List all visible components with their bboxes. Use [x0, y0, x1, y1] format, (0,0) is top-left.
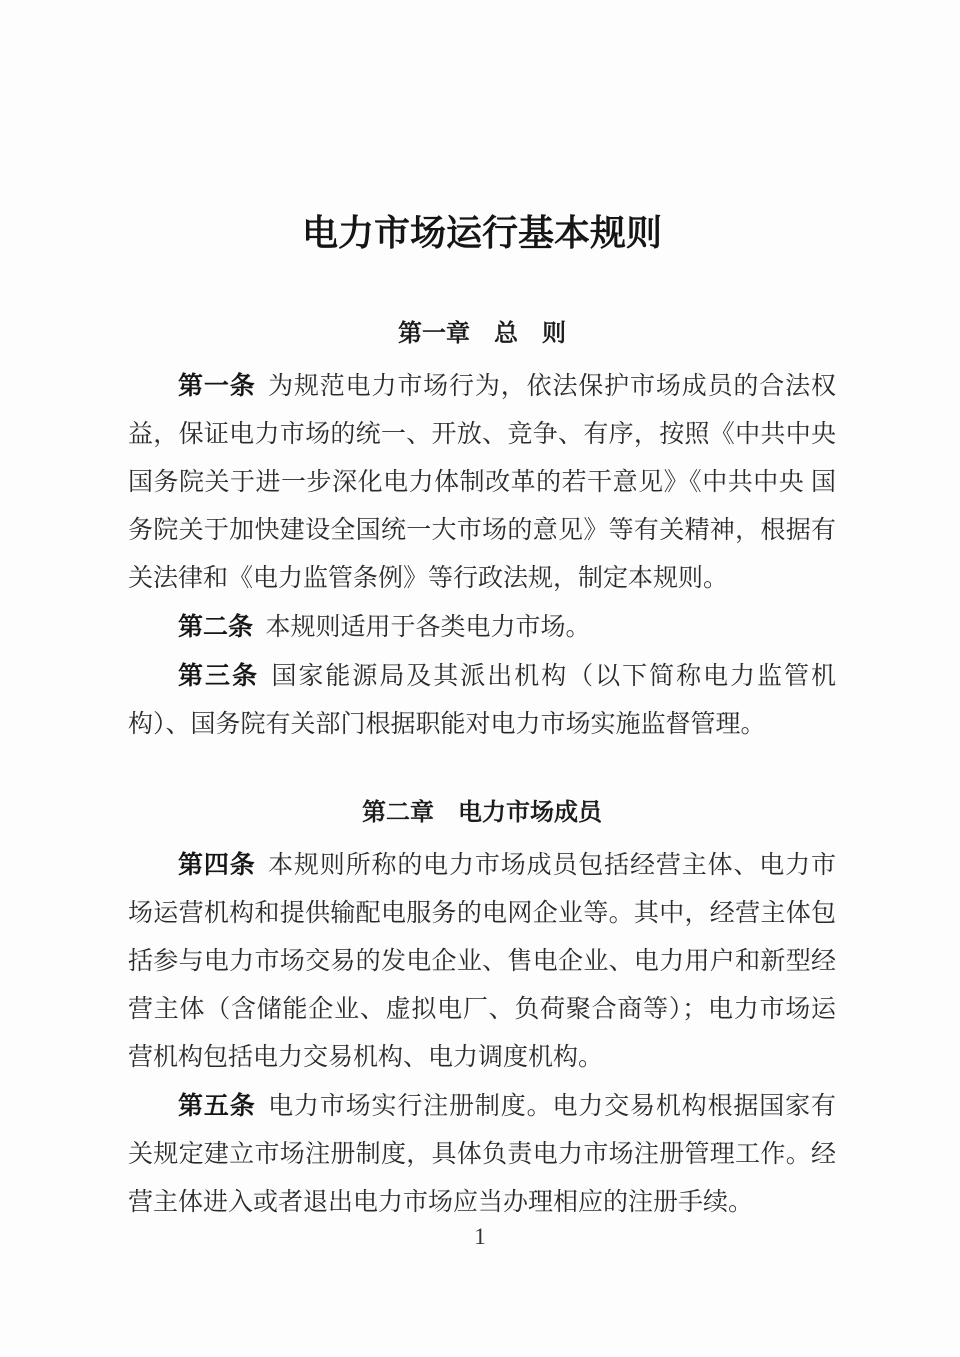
page-number: 1 [0, 1222, 960, 1252]
chapter-2-number: 第二章 [362, 799, 434, 826]
chapter-1-name: 总 则 [494, 320, 566, 347]
article-5-paragraph: 第五条电力市场实行注册制度。电力交易机构根据国家有关规定建立市场注册制度，具体负… [128, 1082, 836, 1227]
chapter-2: 第二章电力市场成员 第四条本规则所称的电力市场成员包括经营主体、电力市场运营机构… [128, 797, 836, 1227]
chapter-1-heading: 第一章总 则 [128, 318, 836, 350]
document-page: 电力市场运行基本规则 第一章总 则 第一条为规范电力市场行为，依法保护市场成员的… [128, 0, 836, 1227]
chapter-2-heading: 第二章电力市场成员 [128, 797, 836, 829]
article-4-label: 第四条 [178, 851, 256, 879]
article-4-text: 本规则所称的电力市场成员包括经营主体、电力市场运营机构和提供输配电服务的电网企业… [128, 852, 836, 1071]
article-3-label: 第三条 [178, 662, 259, 690]
article-3-paragraph: 第三条国家能源局及其派出机构（以下简称电力监管机构）、国务院有关部门根据职能对电… [128, 652, 836, 749]
scanned-document-page: { "document": { "title": "电力市场运行基本规则", "… [0, 0, 960, 1357]
article-2-paragraph: 第二条本规则适用于各类电力市场。 [128, 603, 836, 652]
document-title: 电力市场运行基本规则 [128, 212, 836, 254]
chapter-2-name: 电力市场成员 [458, 799, 602, 826]
article-5-label: 第五条 [178, 1092, 256, 1120]
chapter-1: 第一章总 则 第一条为规范电力市场行为，依法保护市场成员的合法权益，保证电力市场… [128, 318, 836, 749]
article-4-paragraph: 第四条本规则所称的电力市场成员包括经营主体、电力市场运营机构和提供输配电服务的电… [128, 841, 836, 1082]
article-1-paragraph: 第一条为规范电力市场行为，依法保护市场成员的合法权益，保证电力市场的统一、开放、… [128, 362, 836, 603]
article-1-text: 为规范电力市场行为，依法保护市场成员的合法权益，保证电力市场的统一、开放、竞争、… [128, 373, 836, 592]
article-2-text: 本规则适用于各类电力市场。 [266, 614, 591, 641]
article-2-label: 第二条 [178, 613, 253, 641]
article-1-label: 第一条 [178, 372, 256, 400]
chapter-1-number: 第一章 [398, 320, 470, 347]
